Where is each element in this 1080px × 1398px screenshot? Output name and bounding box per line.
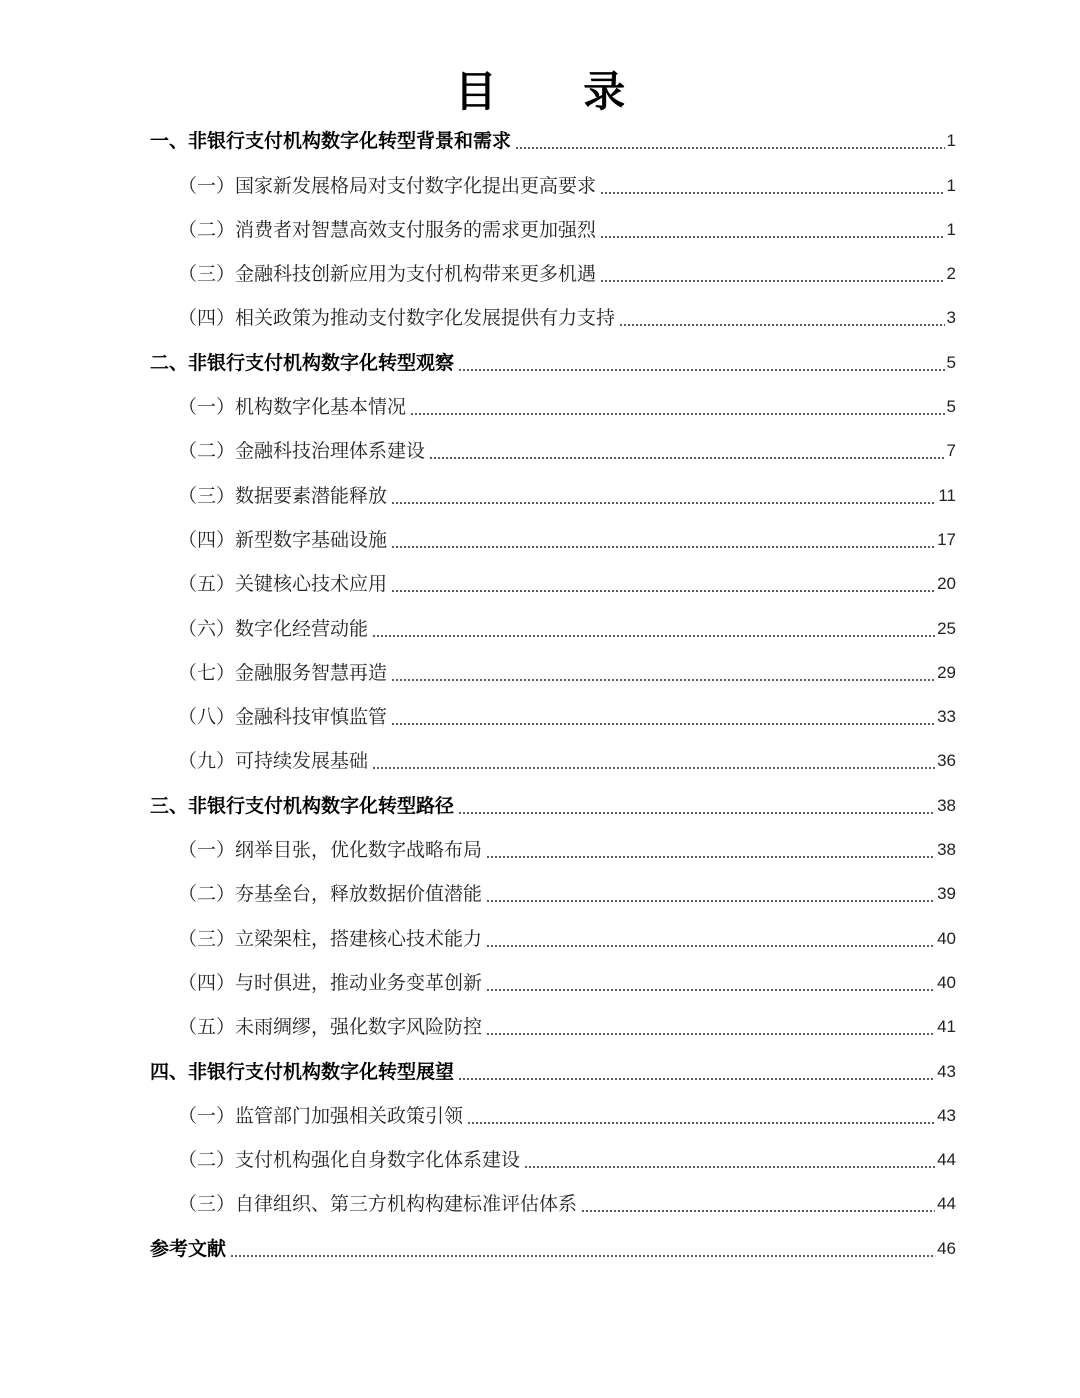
- dot-leader: [600, 280, 945, 282]
- toc-entry-label: 三、非银行支付机构数字化转型路径: [150, 793, 454, 825]
- dot-leader: [458, 369, 945, 371]
- dot-leader: [391, 679, 935, 681]
- toc-entry-label: 一、非银行支付机构数字化转型背景和需求: [150, 128, 511, 160]
- toc-entry[interactable]: （九）可持续发展基础36: [150, 736, 956, 780]
- toc-page-number: 5: [947, 394, 956, 426]
- dot-leader: [486, 989, 935, 991]
- toc-entry[interactable]: （三）数据要素潜能释放11: [150, 470, 956, 514]
- toc-page-number: 3: [947, 305, 956, 337]
- toc-page-number: 1: [947, 128, 956, 160]
- dot-leader: [524, 1166, 935, 1168]
- toc-entry[interactable]: （四）与时俱进，推动业务变革创新40: [150, 958, 956, 1002]
- toc-entry[interactable]: 四、非银行支付机构数字化转型展望43: [150, 1046, 956, 1090]
- page-title: 目 录: [0, 62, 1080, 122]
- toc-entry-label: （三）金融科技创新应用为支付机构带来更多机遇: [178, 261, 596, 293]
- toc-page-number: 20: [937, 571, 956, 603]
- toc-entry-label: 二、非银行支付机构数字化转型观察: [150, 350, 454, 382]
- toc-entry[interactable]: （二）夯基垒台，释放数据价值潜能39: [150, 869, 956, 913]
- dot-leader: [391, 723, 935, 725]
- table-of-contents: 一、非银行支付机构数字化转型背景和需求1 （一）国家新发展格局对支付数字化提出更…: [150, 116, 956, 1268]
- document-page: 目 录 一、非银行支付机构数字化转型背景和需求1 （一）国家新发展格局对支付数字…: [0, 0, 1080, 1398]
- toc-entry-label: （六）数字化经营动能: [178, 616, 368, 648]
- toc-entry[interactable]: （四）新型数字基础设施17: [150, 515, 956, 559]
- toc-entry-label: （二）夯基垒台，释放数据价值潜能: [178, 881, 482, 913]
- toc-page-number: 40: [937, 970, 956, 1002]
- toc-entry-label: （五）关键核心技术应用: [178, 571, 387, 603]
- toc-page-number: 43: [937, 1103, 956, 1135]
- toc-page-number: 29: [937, 660, 956, 692]
- toc-page-number: 38: [937, 837, 956, 869]
- dot-leader: [486, 945, 935, 947]
- toc-entry-label: （二）消费者对智慧高效支付服务的需求更加强烈: [178, 217, 596, 249]
- toc-page-number: 44: [937, 1191, 956, 1223]
- dot-leader: [391, 546, 935, 548]
- dot-leader: [372, 767, 935, 769]
- toc-entry-label: （四）相关政策为推动支付数字化发展提供有力支持: [178, 305, 615, 337]
- toc-entry[interactable]: （二）支付机构强化自身数字化体系建设44: [150, 1135, 956, 1179]
- toc-entry[interactable]: 一、非银行支付机构数字化转型背景和需求1: [150, 116, 956, 160]
- toc-page-number: 5: [947, 350, 956, 382]
- toc-page-number: 36: [937, 748, 956, 780]
- toc-entry-label: （三）数据要素潜能释放: [178, 483, 387, 515]
- toc-page-number: 46: [937, 1236, 956, 1268]
- toc-entry-label: 参考文献: [150, 1236, 226, 1268]
- toc-page-number: 41: [937, 1014, 956, 1046]
- toc-entry[interactable]: （五）关键核心技术应用20: [150, 559, 956, 603]
- toc-entry-label: （一）纲举目张，优化数字战略布局: [178, 837, 482, 869]
- toc-entry[interactable]: （三）立梁架柱，搭建核心技术能力40: [150, 913, 956, 957]
- toc-entry-label: （一）国家新发展格局对支付数字化提出更高要求: [178, 173, 596, 205]
- toc-entry[interactable]: （一）监管部门加强相关政策引领43: [150, 1091, 956, 1135]
- toc-entry[interactable]: （三）自律组织、第三方机构构建标准评估体系44: [150, 1179, 956, 1223]
- toc-entry[interactable]: （二）金融科技治理体系建设7: [150, 426, 956, 470]
- toc-page-number: 25: [937, 616, 956, 648]
- toc-entry-label: （四）与时俱进，推动业务变革创新: [178, 970, 482, 1002]
- dot-leader: [391, 590, 935, 592]
- dot-leader: [372, 635, 935, 637]
- toc-page-number: 1: [947, 173, 956, 205]
- dot-leader: [429, 457, 945, 459]
- toc-entry[interactable]: （五）未雨绸缪，强化数字风险防控41: [150, 1002, 956, 1046]
- toc-page-number: 17: [937, 527, 956, 559]
- toc-entry[interactable]: （二）消费者对智慧高效支付服务的需求更加强烈1: [150, 205, 956, 249]
- toc-entry-label: （三）立梁架柱，搭建核心技术能力: [178, 926, 482, 958]
- toc-entry[interactable]: （一）机构数字化基本情况5: [150, 382, 956, 426]
- toc-page-number: 33: [937, 704, 956, 736]
- dot-leader: [600, 236, 945, 238]
- toc-entry[interactable]: （三）金融科技创新应用为支付机构带来更多机遇2: [150, 249, 956, 293]
- dot-leader: [619, 324, 945, 326]
- toc-entry-label: （五）未雨绸缪，强化数字风险防控: [178, 1014, 482, 1046]
- dot-leader: [486, 856, 935, 858]
- dot-leader: [581, 1210, 935, 1212]
- toc-page-number: 2: [947, 261, 956, 293]
- toc-entry[interactable]: 三、非银行支付机构数字化转型路径38: [150, 780, 956, 824]
- toc-page-number: 44: [937, 1147, 956, 1179]
- toc-page-number: 39: [937, 881, 956, 913]
- toc-entry-label: （二）支付机构强化自身数字化体系建设: [178, 1147, 520, 1179]
- toc-entry-label: （三）自律组织、第三方机构构建标准评估体系: [178, 1191, 577, 1223]
- toc-entry-label: （一）监管部门加强相关政策引领: [178, 1103, 463, 1135]
- toc-page-number: 40: [937, 926, 956, 958]
- toc-entry-label: （二）金融科技治理体系建设: [178, 438, 425, 470]
- toc-entry-label: （四）新型数字基础设施: [178, 527, 387, 559]
- toc-entry[interactable]: 二、非银行支付机构数字化转型观察5: [150, 337, 956, 381]
- toc-entry[interactable]: （六）数字化经营动能25: [150, 603, 956, 647]
- dot-leader: [410, 413, 945, 415]
- dot-leader: [391, 502, 936, 504]
- toc-entry-label: 四、非银行支付机构数字化转型展望: [150, 1059, 454, 1091]
- dot-leader: [600, 192, 945, 194]
- toc-entry[interactable]: （四）相关政策为推动支付数字化发展提供有力支持3: [150, 293, 956, 337]
- toc-page-number: 43: [937, 1059, 956, 1091]
- dot-leader: [486, 900, 935, 902]
- toc-page-number: 11: [938, 483, 956, 515]
- toc-entry-label: （一）机构数字化基本情况: [178, 394, 406, 426]
- dot-leader: [486, 1033, 935, 1035]
- toc-entry[interactable]: （八）金融科技审慎监管33: [150, 692, 956, 736]
- dot-leader: [230, 1255, 935, 1257]
- dot-leader: [458, 1078, 935, 1080]
- toc-entry[interactable]: （七）金融服务智慧再造29: [150, 648, 956, 692]
- toc-entry[interactable]: 参考文献46: [150, 1223, 956, 1267]
- dot-leader: [458, 812, 935, 814]
- toc-entry[interactable]: （一）国家新发展格局对支付数字化提出更高要求1: [150, 160, 956, 204]
- dot-leader: [515, 147, 945, 149]
- toc-entry-label: （七）金融服务智慧再造: [178, 660, 387, 692]
- toc-page-number: 1: [947, 217, 956, 249]
- toc-entry-label: （九）可持续发展基础: [178, 748, 368, 780]
- toc-page-number: 38: [937, 793, 956, 825]
- dot-leader: [467, 1122, 935, 1124]
- toc-entry-label: （八）金融科技审慎监管: [178, 704, 387, 736]
- toc-entry[interactable]: （一）纲举目张，优化数字战略布局38: [150, 825, 956, 869]
- toc-page-number: 7: [947, 438, 956, 470]
